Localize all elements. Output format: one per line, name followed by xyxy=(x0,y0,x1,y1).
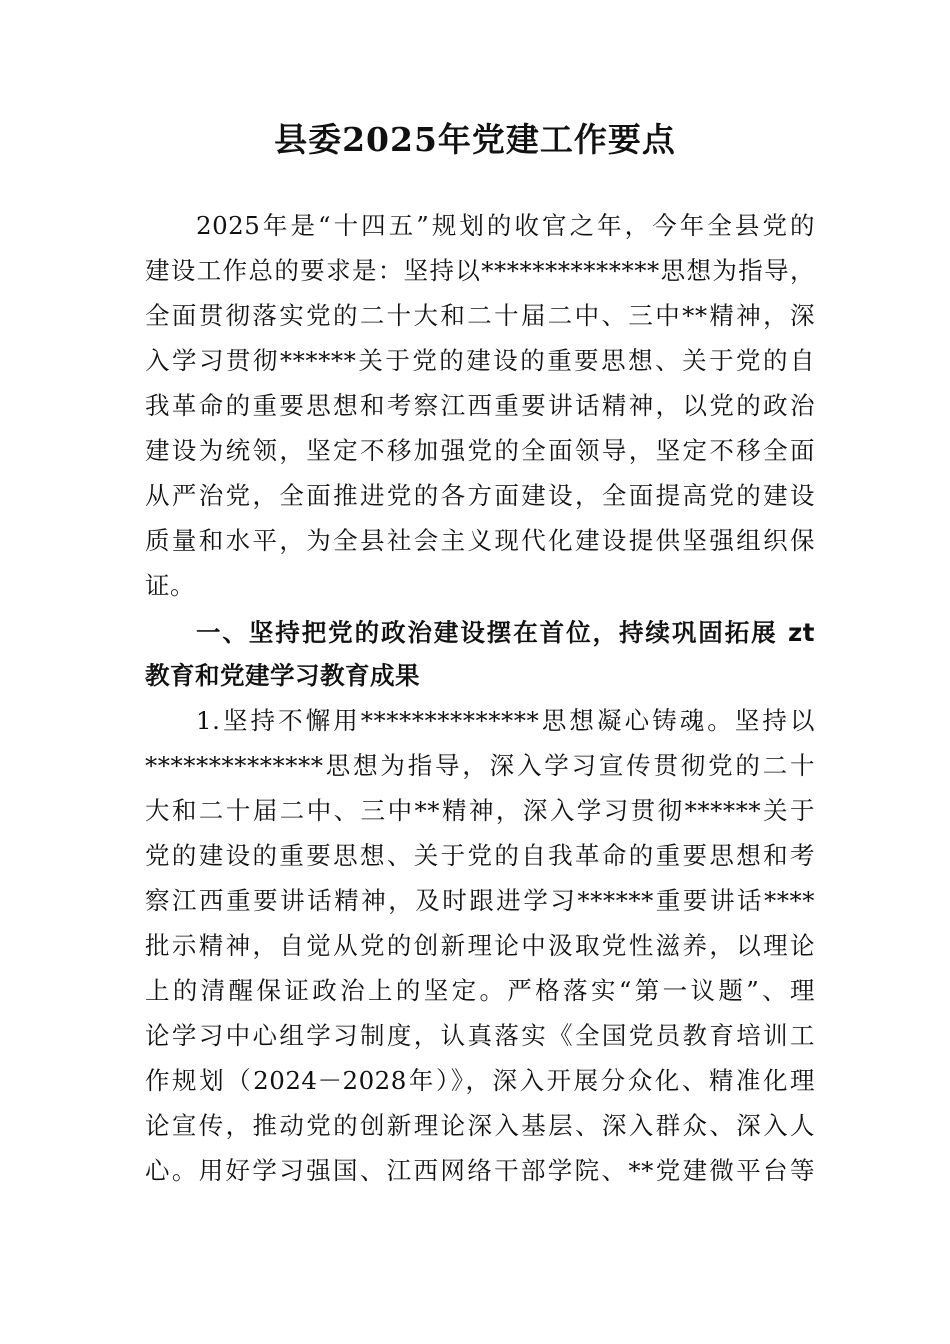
text-line: **************思想为指导，深入学习宣传贯彻党的二十 xyxy=(145,750,815,782)
text-line: 入学习贯彻******关于党的建设的重要思想、关于党的自 xyxy=(145,345,815,377)
heading-line: 教育和党建学习教育成果 xyxy=(145,660,815,692)
text-line: 1.坚持不懈用**************思想凝心铸魂。坚持以 xyxy=(196,705,815,737)
heading-line: 一、坚持把党的政治建设摆在首位，持续巩固拓展 zt xyxy=(196,617,815,649)
text-line: 建设为统领，坚定不移加强党的全面领导，坚定不移全面 xyxy=(145,435,815,467)
text-line: 从严治党，全面推进党的各方面建设，全面提高党的建设 xyxy=(145,480,815,512)
text-line: 大和二十届二中、三中**精神，深入学习贯彻******关于 xyxy=(145,795,815,827)
text-line: 全面贯彻落实党的二十大和二十届二中、三中**精神，深 xyxy=(145,300,815,332)
text-line: 质量和水平，为全县社会主义现代化建设提供坚强组织保 xyxy=(145,525,815,557)
text-line: 2025年是“十四五”规划的收官之年，今年全县党的 xyxy=(196,210,815,242)
document-title: 县委2025年党建工作要点 xyxy=(0,118,950,162)
text-line: 证。 xyxy=(145,570,815,602)
document-page: 县委2025年党建工作要点 2025年是“十四五”规划的收官之年，今年全县党的 … xyxy=(0,0,950,1344)
text-line: 论宣传，推动党的创新理论深入基层、深入群众、深入人 xyxy=(145,1110,815,1142)
text-line: 我革命的重要思想和考察江西重要讲话精神，以党的政治 xyxy=(145,390,815,422)
text-line: 建设工作总的要求是：坚持以**************思想为指导， xyxy=(145,255,815,287)
text-line: 心。用好学习强国、江西网络干部学院、**党建微平台等 xyxy=(145,1155,815,1187)
text-line: 批示精神，自觉从党的创新理论中汲取党性滋养，以理论 xyxy=(145,930,815,962)
text-line: 作规划（2024－2028年）》，深入开展分众化、精准化理 xyxy=(145,1065,815,1097)
text-line: 论学习中心组学习制度，认真落实《全国党员教育培训工 xyxy=(145,1020,815,1052)
text-line: 党的建设的重要思想、关于党的自我革命的重要思想和考 xyxy=(145,840,815,872)
text-line: 察江西重要讲话精神，及时跟进学习******重要讲话**** xyxy=(145,885,815,917)
text-line: 上的清醒保证政治上的坚定。严格落实“第一议题”、理 xyxy=(145,975,815,1007)
